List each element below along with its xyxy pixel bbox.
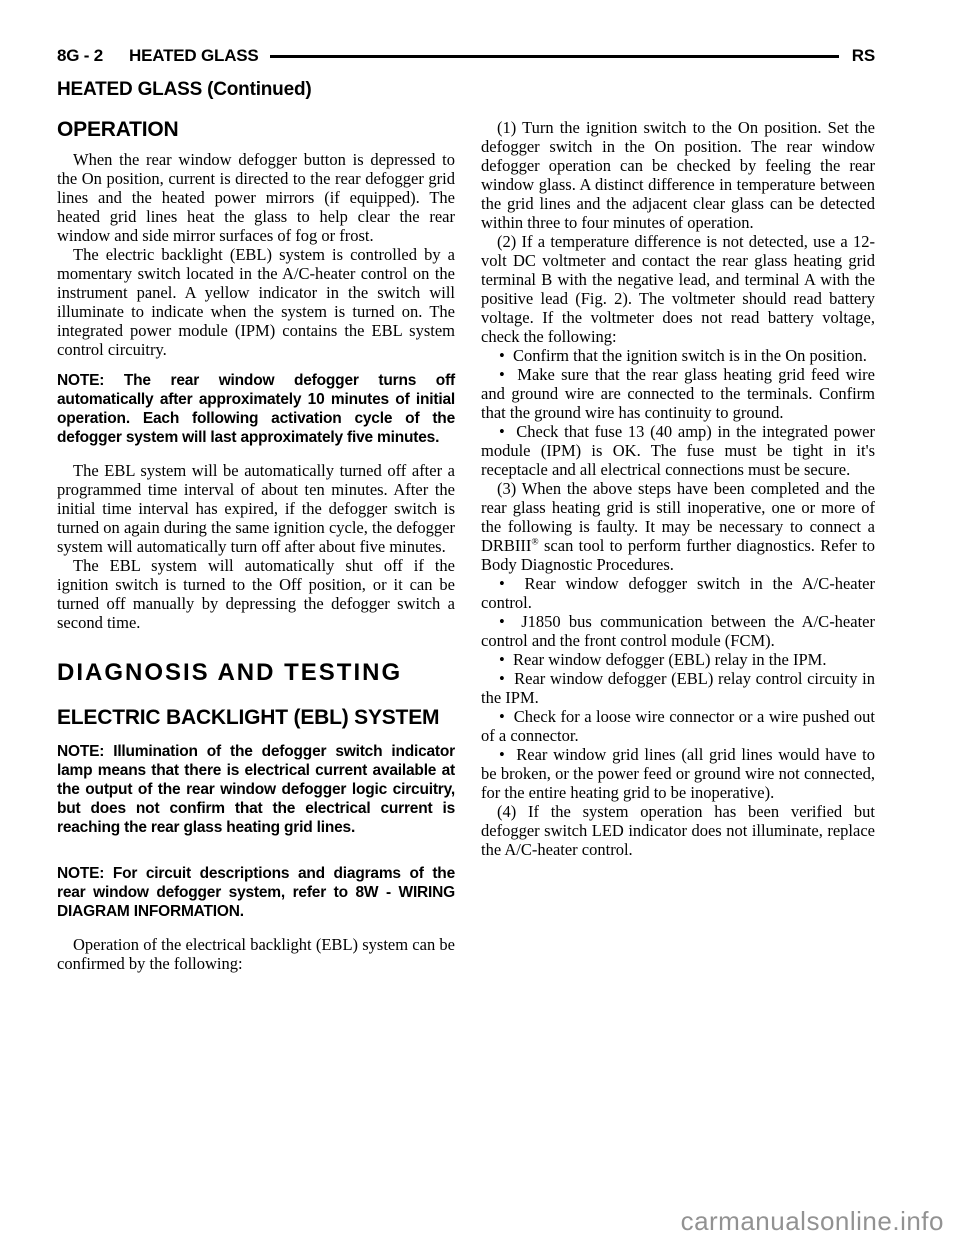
bullet-item: • J1850 bus communication between the A/… bbox=[481, 612, 875, 650]
continued-title: HEATED GLASS (Continued) bbox=[57, 79, 875, 101]
bullet-item: • Rear window defogger (EBL) relay in th… bbox=[481, 650, 875, 669]
bullet-item: • Confirm that the ignition switch is in… bbox=[481, 346, 875, 365]
manual-page: 8G - 2 HEATED GLASS RS HEATED GLASS (Con… bbox=[0, 0, 960, 1242]
left-column: OPERATIONWhen the rear window defogger b… bbox=[57, 118, 455, 973]
subsection-heading: ELECTRIC BACKLIGHT (EBL) SYSTEM bbox=[57, 706, 455, 730]
bullet-icon: • bbox=[499, 574, 524, 593]
bullet-icon: • bbox=[499, 365, 517, 384]
bullet-text: Check for a loose wire connector or a wi… bbox=[481, 707, 875, 745]
bullet-icon: • bbox=[499, 346, 513, 365]
bullet-icon: • bbox=[499, 745, 516, 764]
section-heading: DIAGNOSIS AND TESTING bbox=[57, 659, 455, 687]
numbered-step: (4) If the system operation has been ver… bbox=[481, 802, 875, 859]
bullet-icon: • bbox=[499, 650, 513, 669]
bullet-icon: • bbox=[499, 612, 521, 631]
body-paragraph: The EBL system will be automatically tur… bbox=[57, 461, 455, 556]
body-paragraph: When the rear window defogger button is … bbox=[57, 150, 455, 245]
numbered-step: (1) Turn the ignition switch to the On p… bbox=[481, 118, 875, 232]
numbered-step: (2) If a temperature difference is not d… bbox=[481, 232, 875, 346]
bullet-item: • Check for a loose wire connector or a … bbox=[481, 707, 875, 745]
bullet-item: • Rear window defogger (EBL) relay contr… bbox=[481, 669, 875, 707]
bullet-text: Check that fuse 13 (40 amp) in the integ… bbox=[481, 422, 875, 479]
model-code: RS bbox=[852, 46, 875, 66]
note-paragraph: NOTE: The rear window defogger turns off… bbox=[57, 371, 455, 447]
bullet-item: • Check that fuse 13 (40 amp) in the int… bbox=[481, 422, 875, 479]
bullet-text: Rear window defogger (EBL) relay control… bbox=[481, 669, 875, 707]
body-paragraph: Operation of the electrical backlight (E… bbox=[57, 935, 455, 973]
bullet-icon: • bbox=[499, 422, 516, 441]
right-column: (1) Turn the ignition switch to the On p… bbox=[481, 118, 875, 859]
body-paragraph: The electric backlight (EBL) system is c… bbox=[57, 245, 455, 359]
bullet-text: Confirm that the ignition switch is in t… bbox=[513, 346, 867, 365]
subsection-heading: OPERATION bbox=[57, 118, 455, 142]
bullet-item: • Rear window defogger switch in the A/C… bbox=[481, 574, 875, 612]
header-rule bbox=[270, 55, 839, 58]
bullet-text: Rear window defogger (EBL) relay in the … bbox=[513, 650, 826, 669]
chapter-title: HEATED GLASS bbox=[129, 46, 259, 66]
watermark: carmanualsonline.info bbox=[681, 1206, 944, 1237]
bullet-text: Make sure that the rear glass heating gr… bbox=[481, 365, 875, 422]
bullet-item: • Rear window grid lines (all grid lines… bbox=[481, 745, 875, 802]
note-paragraph: NOTE: Illumination of the defogger switc… bbox=[57, 742, 455, 837]
bullet-icon: • bbox=[499, 707, 514, 726]
bullet-text: Rear window defogger switch in the A/C-h… bbox=[481, 574, 875, 612]
bullet-text: J1850 bus communication between the A/C-… bbox=[481, 612, 875, 650]
note-paragraph: NOTE: For circuit descriptions and diagr… bbox=[57, 864, 455, 921]
body-paragraph: The EBL system will automatically shut o… bbox=[57, 556, 455, 632]
page-number: 8G - 2 bbox=[57, 46, 103, 66]
page-header: 8G - 2 HEATED GLASS RS bbox=[57, 46, 875, 66]
bullet-text: Rear window grid lines (all grid lines w… bbox=[481, 745, 875, 802]
two-column-body: OPERATIONWhen the rear window defogger b… bbox=[57, 118, 875, 973]
numbered-step: (3) When the above steps have been compl… bbox=[481, 479, 875, 574]
bullet-item: • Make sure that the rear glass heating … bbox=[481, 365, 875, 422]
bullet-icon: • bbox=[499, 669, 514, 688]
